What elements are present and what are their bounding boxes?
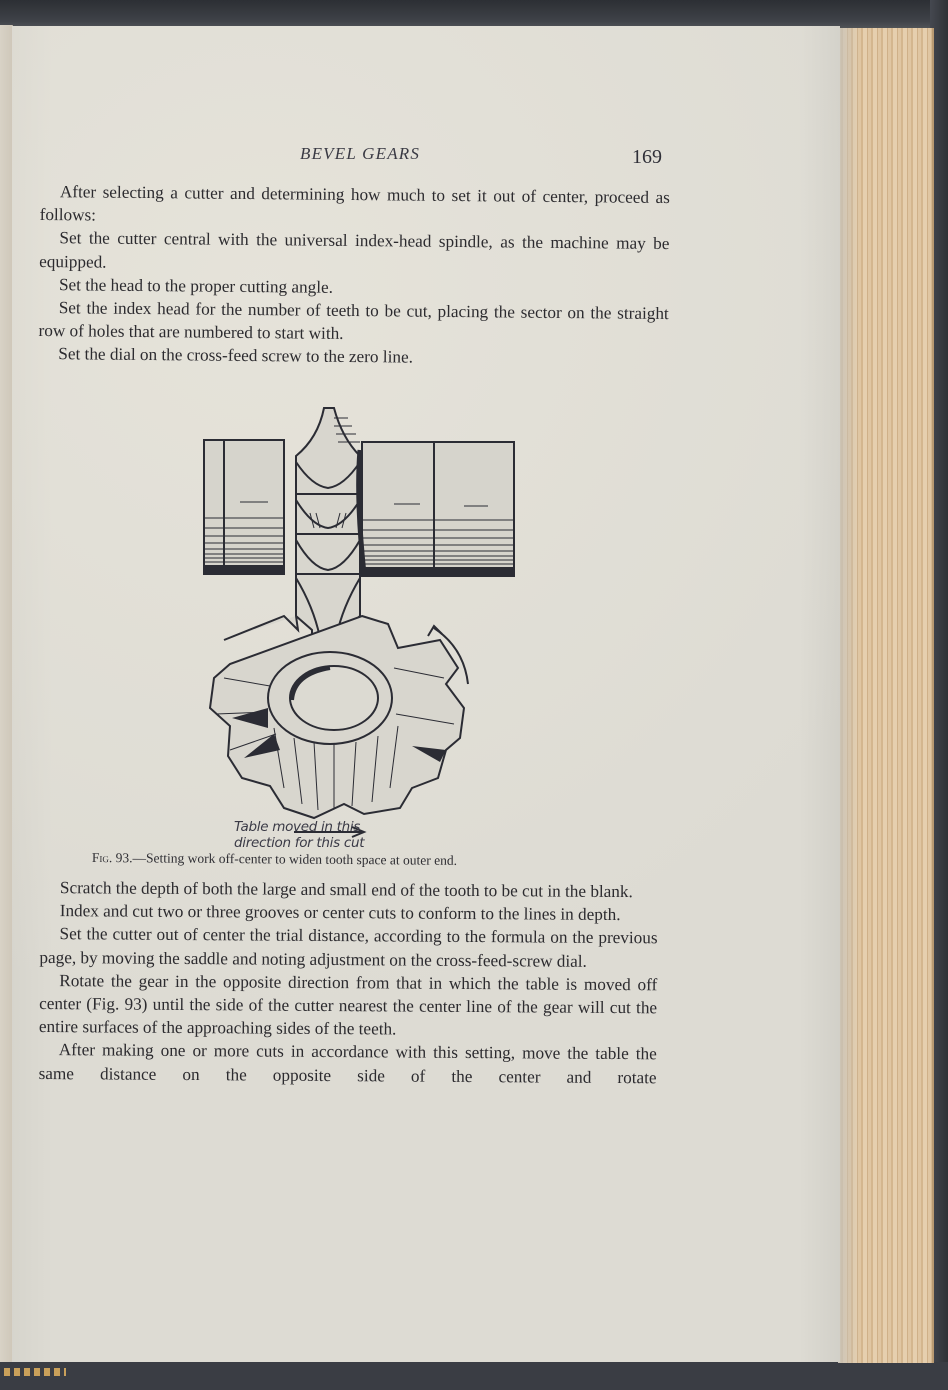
paragraph: Set the dial on the cross-feed screw to … xyxy=(38,342,668,371)
page-fore-edge xyxy=(838,28,934,1363)
annotation-line: direction for this cut xyxy=(234,835,394,851)
body-text-top: After selecting a cutter and determining… xyxy=(38,180,670,372)
paragraph: Rotate the gear in the opposite directio… xyxy=(39,969,657,1043)
figure-caption: Fig. 93.—Setting work off-center to wide… xyxy=(92,850,692,871)
page-number: 169 xyxy=(632,146,662,169)
body-text-bottom: Scratch the depth of both the large and … xyxy=(39,876,658,1089)
figure-93-illustration xyxy=(184,378,524,848)
bevel-gear-cutter-icon xyxy=(184,378,524,848)
paragraph: Set the cutter central with the universa… xyxy=(39,226,669,278)
figure-caption-text: —Setting work off-center to widen tooth … xyxy=(133,850,458,868)
figure-label: Fig. 93. xyxy=(92,850,133,865)
annotation-line: Table moved in this xyxy=(234,819,394,835)
paragraph: After selecting a cutter and determining… xyxy=(40,180,670,232)
book-cover-bottom xyxy=(0,1362,948,1390)
paragraph: After making one or more cuts in accorda… xyxy=(39,1038,657,1089)
running-head: BEVEL GEARS xyxy=(300,144,420,164)
figure-annotation: Table moved in this direction for this c… xyxy=(234,819,394,851)
book-page: BEVEL GEARS 169 After selecting a cutter… xyxy=(12,26,840,1362)
paragraph: Set the cutter out of center the trial d… xyxy=(39,922,657,973)
paragraph: Set the index head for the number of tee… xyxy=(38,296,668,348)
binding-stitch xyxy=(4,1368,66,1376)
